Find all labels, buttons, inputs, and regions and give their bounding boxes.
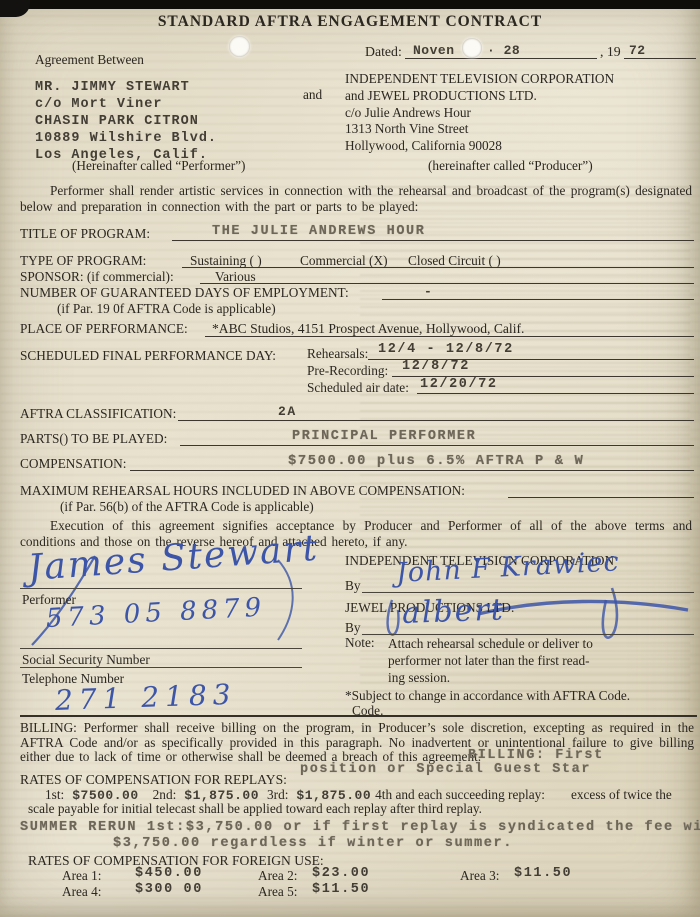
phone-handwritten-value: 271 2183: [54, 678, 237, 717]
area1-value: $450.00: [135, 866, 203, 881]
note-line: Attach rehearsal schedule or deliver to: [388, 635, 593, 652]
replay-2nd-label: 2nd:: [153, 787, 177, 802]
replays-continuation: scale payable for initial telecast shall…: [28, 801, 482, 817]
area3-label: Area 3:: [460, 868, 500, 884]
signature-line: [20, 667, 302, 668]
area5-label: Area 5:: [258, 884, 298, 900]
area4-label: Area 4:: [62, 884, 102, 900]
section-divider: [20, 715, 697, 717]
jewel-by-label: By: [345, 620, 361, 636]
area2-value: $23.00: [312, 866, 370, 881]
replay-1st-label: 1st:: [45, 787, 64, 802]
summer-rerun-line-2: $3,750.00 regardless if winter or summer…: [113, 836, 513, 851]
area2-label: Area 2:: [258, 868, 298, 884]
billing-typed-line-2: position or Special Guest Star: [300, 762, 591, 777]
replay-4th-label: 4th and each succeeding replay:: [375, 787, 545, 802]
replay-3rd-label: 3rd:: [267, 787, 288, 802]
signature-line: [362, 592, 694, 593]
signature-line: [20, 648, 302, 649]
summer-rerun-line-1: SUMMER RERUN 1st:$3,750.00 or if first r…: [20, 820, 700, 835]
itc-by-label: By: [345, 578, 361, 594]
scanned-contract-page: STANDARD AFTRA ENGAGEMENT CONTRACT Dated…: [0, 0, 700, 917]
area4-value: $300 00: [135, 882, 203, 897]
area3-value: $11.50: [514, 866, 572, 881]
note-text: Attach rehearsal schedule or deliver to …: [388, 635, 593, 686]
note-line: ing session.: [388, 669, 593, 686]
signature-line: [20, 588, 302, 589]
note-label: Note:: [345, 635, 375, 651]
area1-label: Area 1:: [62, 868, 102, 884]
billing-typed-line-1: BILLING: First: [468, 748, 604, 763]
subject-to-change-note: *Subject to change in accordance with AF…: [345, 688, 630, 704]
replay-4th-value: excess of twice the: [571, 787, 672, 802]
jewel-signature: albert: [401, 592, 505, 631]
area5-value: $11.50: [312, 882, 370, 897]
note-line: performer not later than the first read-: [388, 652, 593, 669]
ssn-label: Social Security Number: [22, 652, 150, 668]
